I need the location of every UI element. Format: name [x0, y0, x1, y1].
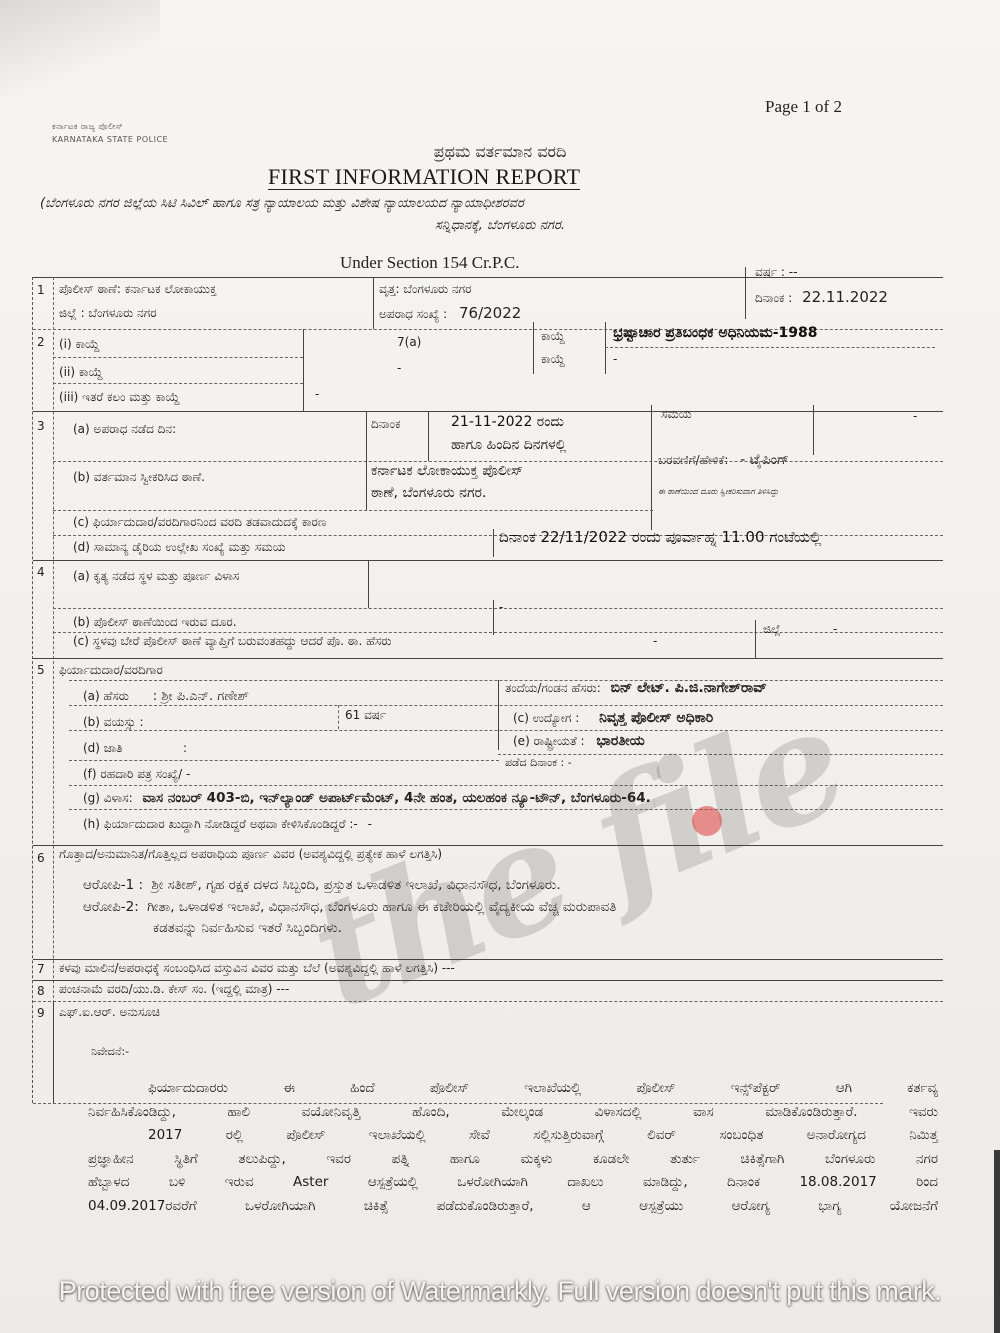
occupation-label: (c) ಉದ್ಯೋಗ :: [513, 711, 579, 725]
row-number: 8: [37, 984, 45, 998]
agency-name-kannada: ಕರ್ನಾಟಕ ರಾಜ್ಯ ಪೊಲೀಸ್: [52, 120, 168, 133]
delay-reason-label: (c) ಫಿರ್ಯಾದುದಾರ/ವರದಿಗಾರನಿಂದ ವರದಿ ತಡವಾದುದ…: [73, 515, 326, 530]
act-1-name: ಭ್ರಷ್ಟಾಚಾರ ಪ್ರತಿಬಂಧಕ ಅಧಿನಿಯಮ-1988: [613, 325, 817, 341]
accused-2-label: ಆರೋಪಿ-2:: [83, 899, 139, 915]
age-value: 61 ವರ್ಷ: [345, 708, 386, 723]
gd-reference-value: ದಿನಾಂಕ 22/11/2022 ರಂದು ಪೂರ್ವಾಹ್ನ 11.00 ಗ…: [499, 528, 821, 546]
scanned-document-page: ಕರ್ನಾಟಕ ರಾಜ್ಯ ಪೊಲೀಸ್ KARNATAKA STATE POL…: [0, 0, 1000, 1333]
passport-value: -: [186, 767, 190, 781]
row-number: 4: [37, 565, 45, 579]
offence-date-value: 21-11-2022 ರಂದು: [451, 414, 564, 430]
row-number: 7: [37, 962, 45, 976]
act-1-sub-label: ಕಾಯ್ದೆ: [541, 329, 565, 344]
received-station-label: (b) ವರ್ತಮಾನ ಸ್ವೀಕರಿಸಿದ ಠಾಣೆ.: [73, 470, 205, 485]
narrative-line: 04.09.2017ರವರೆಗೆ ಒಳರೋಗಿಯಾಗಿ ಚಿಕಿತ್ಸೆ ಪಡೆ…: [88, 1195, 938, 1219]
report-date: ದಿನಾಂಕ : 22.11.2022: [755, 288, 888, 306]
complainant-name: (a) ಹೆಸರು : ಶ್ರೀ ಪಿ.ಎನ್. ಗಣೇಶ್: [83, 689, 249, 704]
row-number: 2: [37, 335, 45, 349]
issued-label: ಪಡೆದ ದಿನಾಂಕ :: [505, 756, 564, 769]
other-section: -: [315, 387, 319, 401]
section-1: 7(a): [397, 335, 421, 349]
district: ಜಿಲ್ಲೆ : ಬೆಂಗಳೂರು ನಗರ: [59, 306, 157, 321]
title-english: FIRST INFORMATION REPORT: [268, 165, 580, 190]
narrative-line: ಹೆಬ್ಬಾಳದ ಬಳಿ ಇರುವ Aster ಆಸ್ಪತ್ರೆಯಲ್ಲಿ ಒಳ…: [88, 1171, 938, 1195]
police-station: ಪೊಲೀಸ್ ಠಾಣೆ: ಕರ್ನಾಟಕ ಲೋಕಾಯುಕ್ತ: [59, 282, 216, 297]
crime-number: ಅಪರಾಧ ಸಂಖ್ಯೆ : 76/2022: [379, 304, 521, 322]
gd-reference-label: (d) ಸಾಮಾನ್ಯ ಡೈರಿಯ ಉಲ್ಲೇಖ ಸಂಖ್ಯೆ ಮತ್ತು ಸಮ…: [73, 540, 286, 555]
written-oral-label: ಬರವಣಿಗೆ/ಹೇಳಿಕೆ:: [658, 453, 728, 467]
row-number: 3: [37, 419, 45, 433]
fir-schedule-heading: ಎಫ್.ಐ.ಆರ್. ಅನುಸೂಚಿ: [59, 1005, 160, 1020]
accused-1-label: ಆರೋಪಿ-1 :: [83, 877, 143, 893]
nationality-label: (e) ರಾಷ್ಟ್ರೀಯತೆ :: [513, 734, 585, 748]
passport-label: (f) ರಹದಾರಿ ಪತ್ರ ಸಂಖ್ಯೆ/: [83, 767, 182, 781]
inquest-report: ಪಂಚನಾಮೆ ವರದಿ/ಯು.ಡಿ. ಕೇಸ್ ಸಂ. (ಇದ್ದಲ್ಲಿ ಮ…: [59, 982, 289, 997]
circle: ವೃತ್ತ: ಬೆಂಗಳೂರು ನಗರ: [379, 282, 472, 297]
witness-label: (h) ಫಿರ್ಯಾದುದಾರ ಖುದ್ದಾಗಿ ನೋಡಿದ್ದರೆ ಅಥವಾ …: [83, 817, 358, 831]
received-station-value: ಕರ್ನಾಟಕ ಲೋಕಾಯುಕ್ತ ಪೊಲೀಸ್: [371, 463, 523, 479]
section-2: -: [397, 361, 401, 375]
act-2-sub-label: ಕಾಯ್ದೆ: [541, 352, 565, 367]
other-station-label: (c) ಸ್ಥಳವು ಬೇರೆ ಪೊಲೀಸ್ ಠಾಣೆ ವ್ಯಾಪ್ತಿಗೆ ಬ…: [73, 634, 391, 649]
offence-date-sublabel: ದಿನಾಂಕ: [371, 417, 400, 432]
narrative-line: ಫಿರ್ಯಾದುದಾರರು ಈ ಹಿಂದೆ ಪೊಲೀಸ್ ಇಲಾಖೆಯಲ್ಲಿ …: [88, 1077, 938, 1101]
narrative-line: 2017 ರಲ್ಲಿ ಪೊಲೀಸ್ ಇಲಾಖೆಯಲ್ಲಿ ಸೇವೆ ಸಲ್ಲಿಸ…: [88, 1124, 938, 1148]
received-station-value-2: ಠಾಣೆ, ಬೆಂಗಳೂರು ನಗರ.: [371, 485, 486, 501]
watermark-dot: [692, 806, 722, 836]
row-number: 5: [37, 663, 45, 677]
court-line-1: (ಬೆಂಗಳೂರು ನಗರ ಜಿಲ್ಲೆಯ ಸಿಟಿ ಸಿವಿಲ್ ಹಾಗೂ ಸ…: [40, 196, 524, 211]
name-value: : ಶ್ರೀ ಪಿ.ಎನ್. ಗಣೇಶ್: [153, 689, 249, 704]
row-number: 1: [37, 283, 45, 297]
row-number: 6: [37, 851, 45, 865]
act-1-label: (i) ಕಾಯ್ದೆ: [59, 337, 100, 352]
written-oral: ಬರವಣಿಗೆ/ಹೇಳಿಕೆ: - ಟೈಪಿಂಗ್: [658, 452, 789, 468]
narrative-line: ನಿರ್ವಹಿಸಿಕೊಂಡಿದ್ದು, ಹಾಲಿ ವಯೋನಿವೃತ್ತಿ ಹೊಂ…: [88, 1101, 938, 1125]
page-indicator: Page 1 of 2: [765, 97, 842, 117]
father-value: ಬಿನ್ ಲೇಟ್. ಪಿ.ಜಿ.ನಾಗೇಶ್‌ರಾವ್: [611, 680, 767, 696]
complainant-heading: ಫಿರ್ಯಾದುದಾರ/ವರದಿಗಾರ: [59, 663, 163, 678]
distance-label: (b) ಪೊಲೀಸ್ ಠಾಣೆಯಿಂದ ಇರುವ ದೂರ.: [73, 615, 237, 630]
narrative-line: ಪ್ರಜ್ಞಾಹೀನ ಸ್ಥಿತಿಗೆ ತಲುಪಿದ್ದು, ಇವರ ಪತ್ನಿ…: [88, 1148, 938, 1172]
act-2-name: -: [613, 352, 617, 366]
time-value: -: [913, 409, 917, 423]
date-label: ದಿನಾಂಕ :: [755, 291, 792, 305]
watermark-banner: Protected with free version of Watermark…: [0, 1276, 1000, 1307]
title-kannada: ಪ್ರಥಮ ವರ್ತಮಾನ ವರದಿ: [0, 142, 1000, 162]
caste-value: :: [183, 741, 187, 755]
other-act-label: (iii) ಇತರೆ ಕಲಂ ಮತ್ತು ಕಾಯ್ದೆ: [59, 390, 180, 405]
district-value: -: [833, 622, 837, 636]
crime-number-label: ಅಪರಾಧ ಸಂಖ್ಯೆ :: [379, 307, 447, 321]
year: ವರ್ಷ : --: [755, 265, 797, 280]
passport: (f) ರಹದಾರಿ ಪತ್ರ ಸಂಖ್ಯೆ/ -: [83, 767, 190, 782]
district-label: ಜಿಲ್ಲೆ: [763, 622, 781, 637]
court-line-2: ಸನ್ನಿಧಾನಕ್ಕೆ, ಬೆಂಗಳೂರು ನಗರ.: [0, 218, 1000, 233]
statement-label: ನಿವೇದನೆ:-: [91, 1045, 129, 1059]
date-value: 22.11.2022: [802, 288, 888, 306]
crime-number-value: 76/2022: [459, 304, 521, 322]
legal-section: Under Section 154 Cr.P.C.: [340, 253, 519, 273]
name-label: (a) ಹೆಸರು: [83, 689, 129, 703]
age-label: (b) ವಯಸ್ಸು :: [83, 715, 144, 730]
act-2-label: (ii) ಕಾಯ್ದೆ: [59, 365, 103, 380]
statement-narrative: ಫಿರ್ಯಾದುದಾರರು ಈ ಹಿಂದೆ ಪೊಲೀಸ್ ಇಲಾಖೆಯಲ್ಲಿ …: [88, 1077, 938, 1218]
written-oral-value: - ಟೈಪಿಂಗ್: [740, 452, 789, 468]
caste-label: (d) ಜಾತಿ: [83, 741, 122, 756]
distance-value: -: [499, 600, 503, 614]
father-label: ತಂದೆಯ/ಗಂಡನ ಹೆಸರು:: [505, 681, 601, 695]
offence-date-label: (a) ಅಪರಾಧ ನಡೆದ ದಿನ:: [73, 422, 176, 437]
other-station-value: -: [653, 634, 657, 648]
offence-date-value-2: ಹಾಗೂ ಹಿಂದಿನ ದಿನಗಳಲ್ಲಿ: [451, 437, 566, 453]
written-note: ಈ ಠಾಣೆಯಿಂದ ದೂರು ಸ್ವೀಕರಿಸುವಾಗ ತಿಳಿಸಿದ್ದು: [658, 487, 779, 497]
scan-shadow: [0, 0, 160, 120]
father-name: ತಂದೆಯ/ಗಂಡನ ಹೆಸರು: ಬಿನ್ ಲೇಟ್. ಪಿ.ಜಿ.ನಾಗೇಶ…: [505, 680, 767, 696]
address-label: (g) ವಿಳಾಸ:: [83, 791, 133, 805]
witness-value: -: [368, 817, 372, 831]
place-label: (a) ಕೃತ್ಯ ನಡೆದ ಸ್ಥಳ ಮತ್ತು ಪೂರ್ಣ ವಿಳಾಸ: [73, 569, 239, 584]
witness: (h) ಫಿರ್ಯಾದುದಾರ ಖುದ್ದಾಗಿ ನೋಡಿದ್ದರೆ ಅಥವಾ …: [83, 817, 372, 832]
row-number: 9: [37, 1006, 45, 1020]
time-label: ಸಮಯ: [661, 407, 692, 422]
